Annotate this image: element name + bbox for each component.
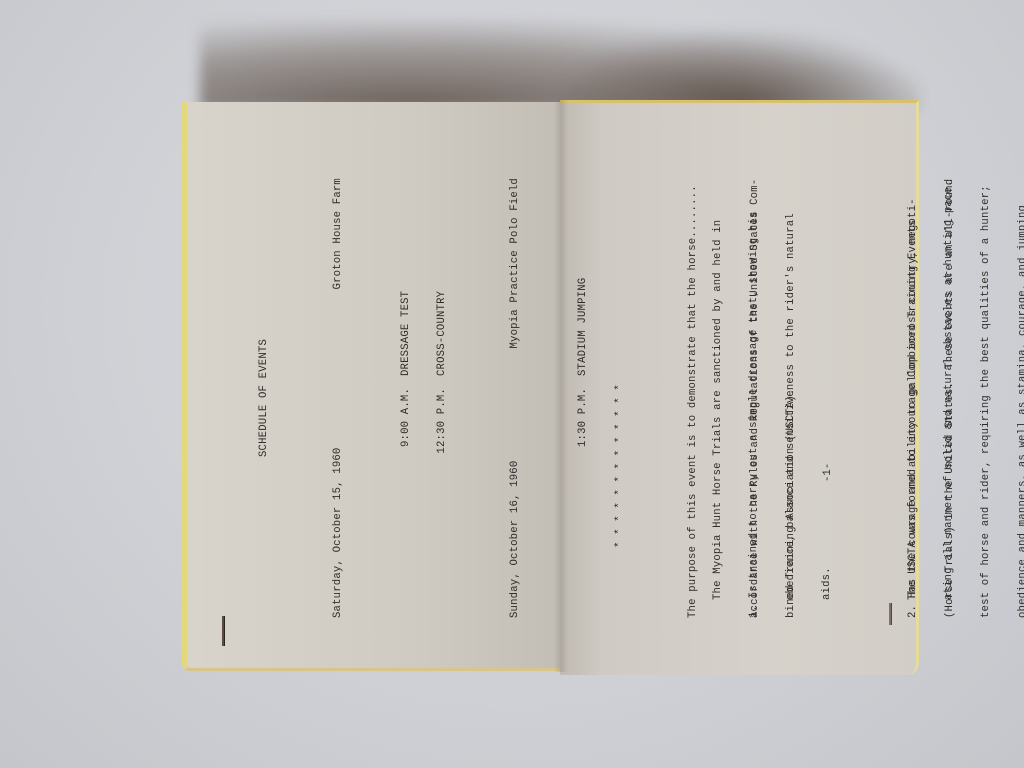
schedule-heading: SCHEDULE OF EVENTS [258, 178, 270, 618]
divider-stars: * * * * * * * * * * * * * [614, 158, 626, 618]
schedule-row: 9:00 A.M. DRESSAGE TEST [400, 178, 412, 618]
program-booklet: SCHEDULE OF EVENTS Saturday, October 15,… [182, 98, 920, 672]
day1-header: Saturday, October 15, 1960 Groton House … [332, 178, 344, 618]
day2-date: Sunday, October 16, 1960 [509, 468, 521, 618]
right-page-text: * * * * * * * * * * * * * The Myopia Hun… [590, 158, 1024, 618]
schedule-row: 12:30 P.M. CROSS-COUNTRY [436, 178, 448, 618]
day2-location: Myopia Practice Polo Field [509, 178, 521, 468]
sanction-paragraph: The Myopia Hunt Horse Trials are sanctio… [688, 158, 822, 618]
schedule-row: 1:30 P.M. STADIUM JUMPING [577, 178, 589, 618]
day1-location: Groton House Farm [332, 178, 344, 468]
page-number: -1- [822, 463, 834, 482]
day1-date: Saturday, October 15, 1960 [332, 468, 344, 618]
staple-icon [222, 616, 224, 646]
uscta-paragraph: The USCTA was formed to encourage Combin… [883, 158, 1024, 618]
day2-header: Sunday, October 16, 1960 Myopia Practice… [509, 178, 521, 618]
